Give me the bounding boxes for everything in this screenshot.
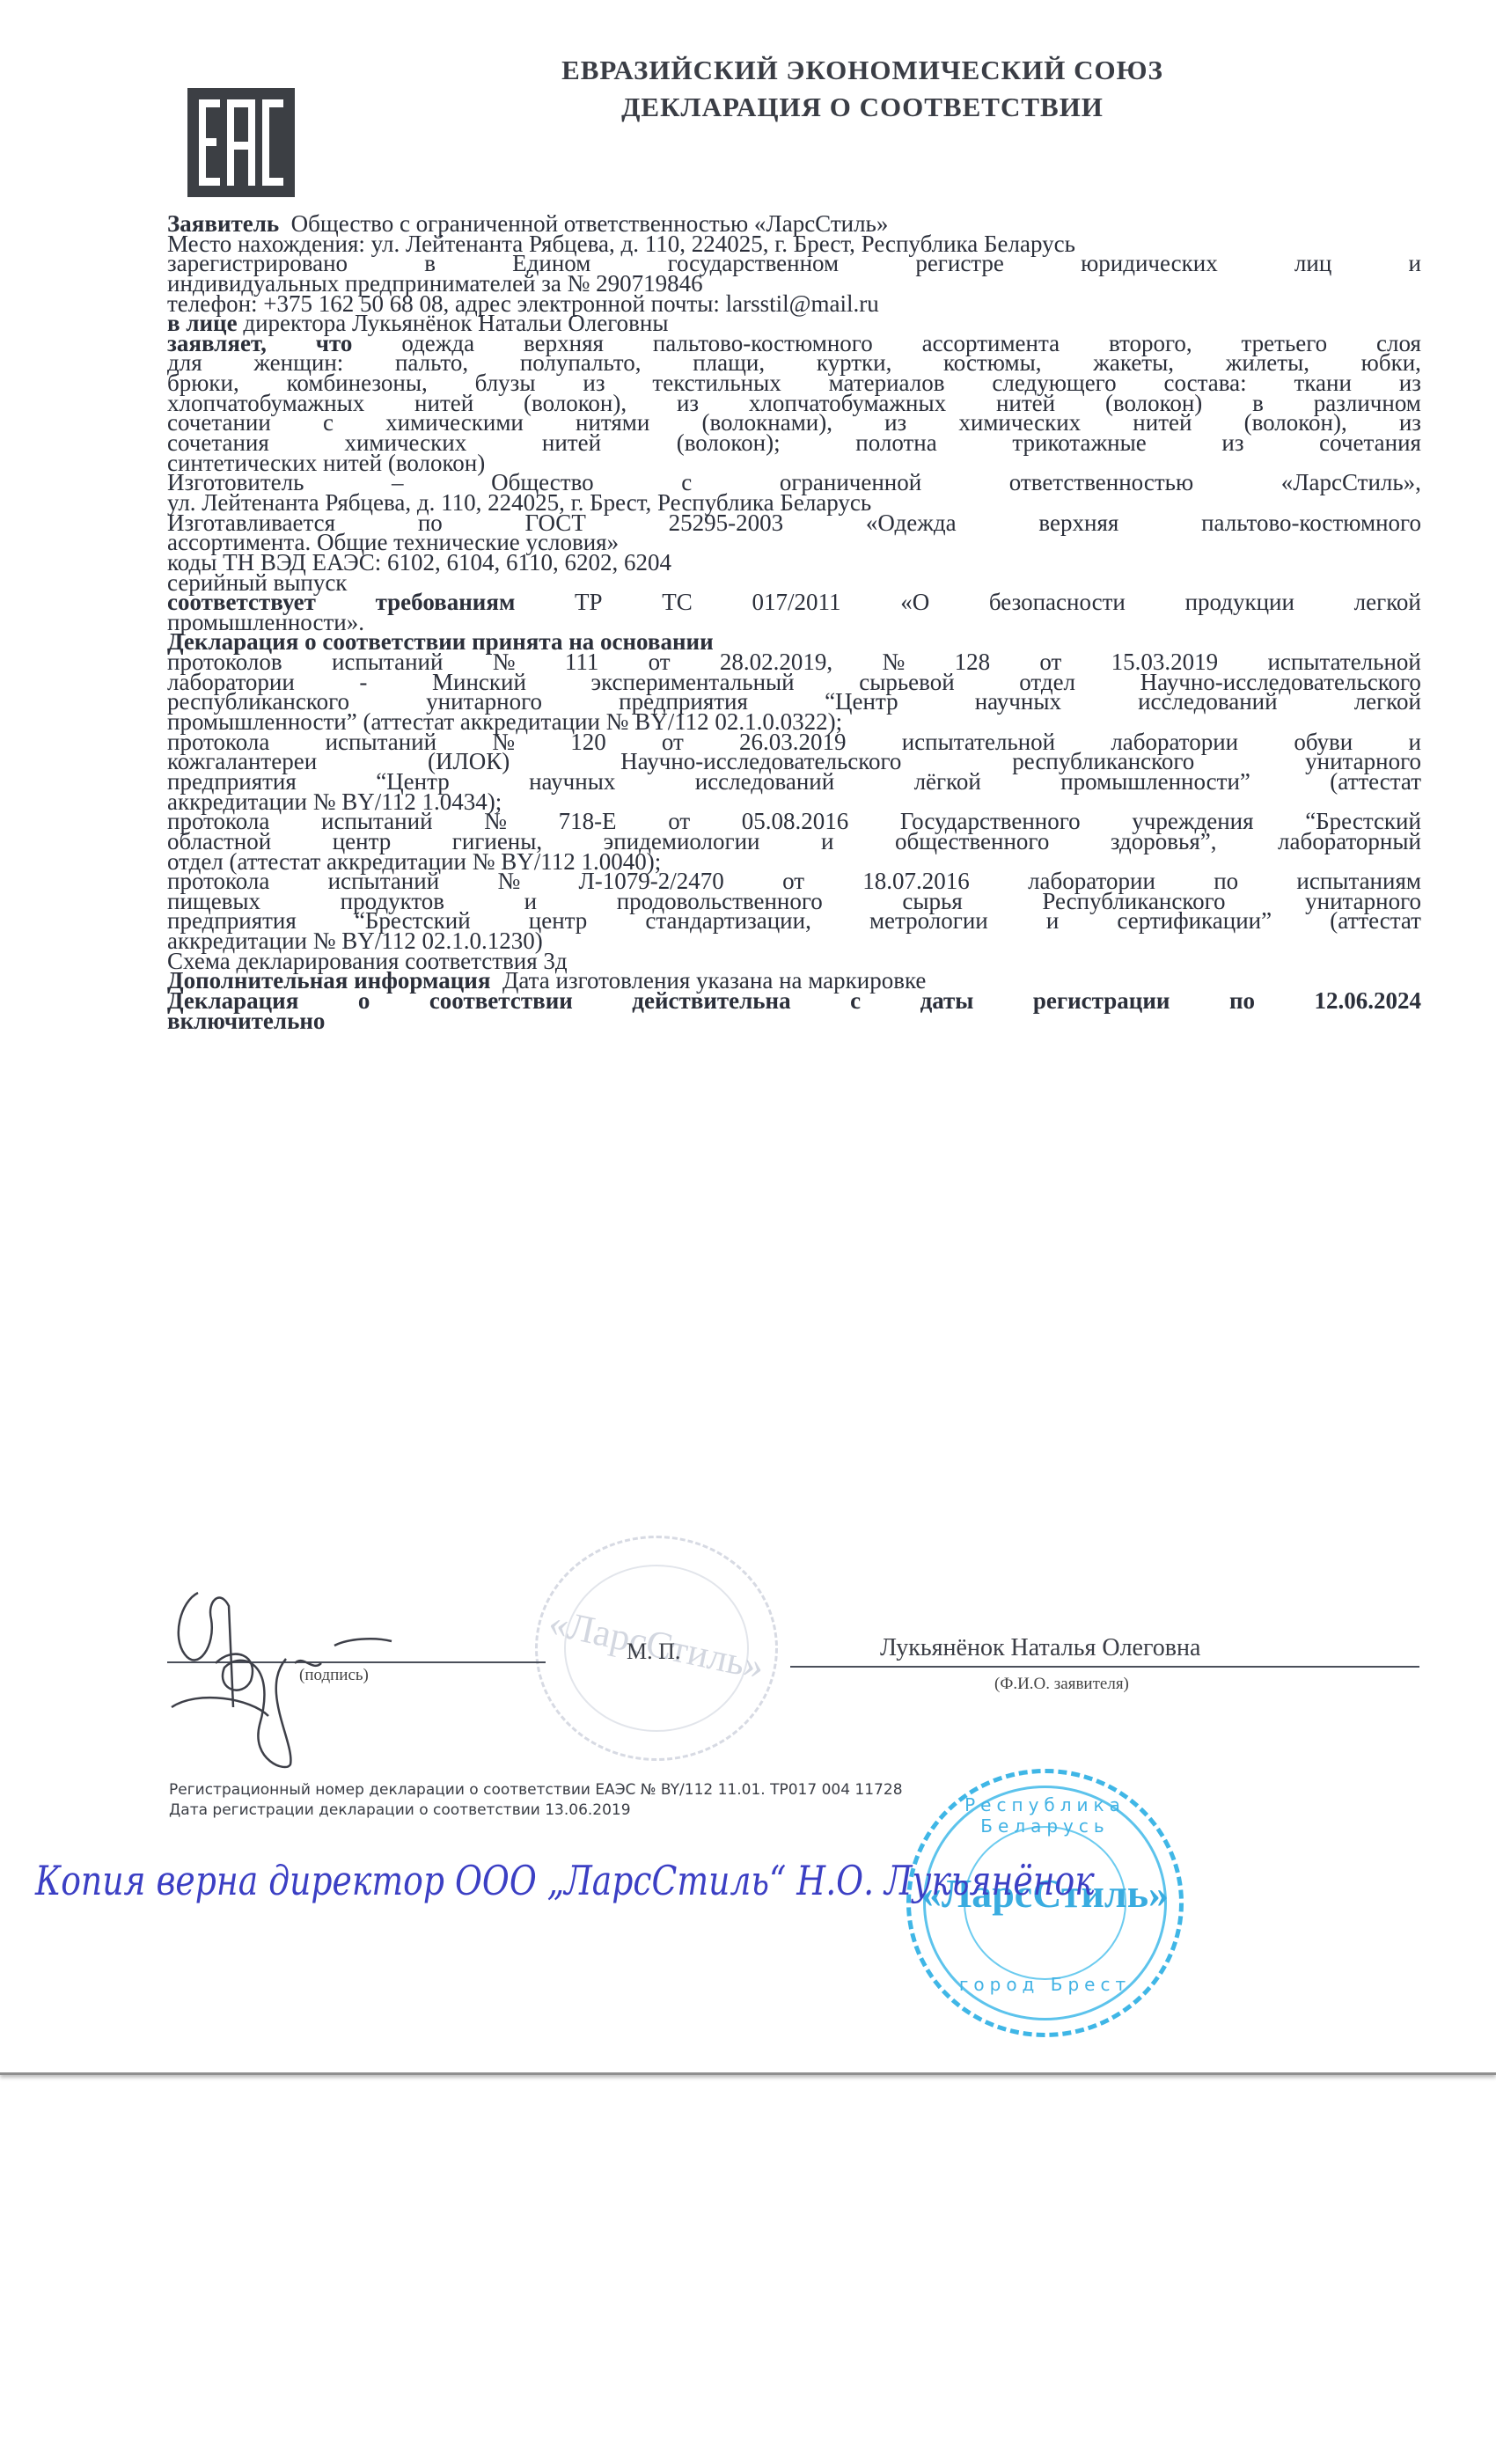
name-caption: (Ф.И.О. заявителя) (994, 1675, 1129, 1694)
validity-line: Декларацияосоответствиидействительнасдат… (167, 991, 1421, 1011)
validity-line-end: включительно (167, 1011, 1421, 1031)
union-title: ЕВРАЗИЙСКИЙ ЭКОНОМИЧЕСКИЙ СОЮЗ (422, 55, 1302, 86)
document-title: ДЕКЛАРАЦИЯ О СООТВЕТСТВИИ (422, 92, 1302, 123)
registration-number: Регистрационный номер декларации о соотв… (169, 1781, 903, 1799)
eac-logo (187, 88, 295, 197)
applicant-printed-name: Лукьянёнок Наталья Олеговна (880, 1634, 1200, 1662)
handwritten-certification: Копия верна директор ООО „ЛарсСтиль“ Н.О… (35, 1857, 1095, 1904)
declaration-body: Заявитель Общество с ограниченной ответс… (167, 214, 1421, 1030)
document-page: ЕВРАЗИЙСКИЙ ЭКОНОМИЧЕСКИЙ СОЮЗ ДЕКЛАРАЦИ… (0, 0, 1496, 2075)
product-description: заявляет,чтоодеждаверхняяпальтово-костюм… (167, 334, 1421, 453)
registration-date: Дата регистрации декларации о соответств… (169, 1801, 631, 1819)
basis-protocols: протоколовиспытаний№111от28.02.2019,№128… (167, 652, 1421, 951)
director-signature-icon (163, 1584, 444, 1786)
seal-label: М. П. (627, 1639, 680, 1665)
name-underline (790, 1666, 1419, 1668)
eac-mark-icon (195, 96, 287, 189)
hs-codes: коды ТН ВЭД ЕАЭС: 6102, 6104, 6110, 6202… (167, 553, 1421, 573)
